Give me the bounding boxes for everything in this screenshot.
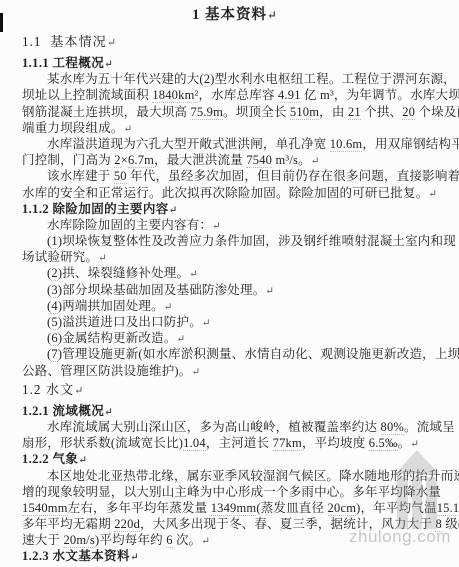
paragraph: (4)两端拱加固处理。↵ bbox=[22, 298, 448, 314]
text-line: 1.1.2 除险加固的主要内容↵ bbox=[22, 201, 448, 217]
text-line: 端重力坝段组成。↵ bbox=[22, 120, 448, 136]
paragraph: 水库溢洪道现为六孔大型开敞式泄洪闸，单孔净宽 10.6m，用双扉钢结构平门控制，… bbox=[22, 136, 448, 168]
section-heading: 1.1 基本情况↵ bbox=[22, 33, 448, 51]
section-heading: 1.2.3 水文基本资料↵ bbox=[22, 548, 448, 560]
paragraph-mark: ↵ bbox=[191, 367, 200, 378]
text-line: 1.1.1 工程概况↵ bbox=[22, 55, 448, 71]
document-title: 1 基本资料↵ bbox=[22, 6, 448, 24]
text-line: (3)部分坝垛基础加固及基础防渗处理。↵ bbox=[22, 282, 448, 298]
section-heading: 1.1.2 除险加固的主要内容↵ bbox=[22, 201, 448, 217]
section-heading: 1.2.1 流域概况↵ bbox=[22, 403, 448, 419]
text-line: 水库的安全和正常运行。此次拟再次除险加固。除险加固的可研已批复。↵ bbox=[22, 185, 448, 201]
text-line: 1.2 水文↵ bbox=[22, 381, 448, 399]
text-line: (5)溢洪道进口及出口防护。↵ bbox=[22, 314, 448, 330]
paragraph: 水库除险加固的主要内容有：↵ bbox=[22, 217, 448, 233]
document-body: 1 基本资料↵1.1 基本情况↵1.1.1 工程概况↵某水库为五十年代兴建的大(… bbox=[22, 6, 448, 560]
paragraph: (5)溢洪道进口及出口防护。↵ bbox=[22, 314, 448, 330]
paragraph: 该水库建于 50 年代，虽经多次加固，但目前仍存在很多问题，直接影响着水库的安全… bbox=[22, 168, 448, 200]
document-page: 1 基本资料↵1.1 基本情况↵1.1.1 工程概况↵某水库为五十年代兴建的大(… bbox=[0, 0, 459, 560]
text-line: (1)坝垛恢复整体性及改善应力条件加固，涉及钢纤维喷射混凝土室内和现 bbox=[22, 233, 448, 249]
paragraph: (7)管理设施更新(如水库淤积测量、水情自动化、观测设施更新改造，上坝公路、管理… bbox=[22, 346, 448, 378]
paragraph-mark: ↵ bbox=[267, 8, 278, 22]
text-line: (4)两端拱加固处理。↵ bbox=[22, 298, 448, 314]
paragraph-mark: ↵ bbox=[265, 286, 274, 297]
text-line: 1.2.1 流域概况↵ bbox=[22, 403, 448, 419]
text-line: (6)金属结构更新改造。↵ bbox=[22, 330, 448, 346]
text-line: 水库流域属大别山深山区，多为高山峻岭，植被覆盖率约达 80%。流域呈 bbox=[22, 419, 448, 435]
text-line: 水库除险加固的主要内容有：↵ bbox=[22, 217, 448, 233]
paragraph-mark: ↵ bbox=[201, 536, 210, 547]
text-line: 某水库为五十年代兴建的大(2)型水利水电枢纽工程。工程位于淠河东源， bbox=[22, 71, 448, 87]
paragraph: 水库流域属大别山深山区，多为高山峻岭，植被覆盖率约达 80%。流域呈扇形，形状系… bbox=[22, 419, 448, 451]
paragraph-mark: ↵ bbox=[104, 59, 113, 70]
paragraph: 某水库为五十年代兴建的大(2)型水利水电枢纽工程。工程位于淠河东源，坝址以上控制… bbox=[22, 71, 448, 136]
paragraph-mark: ↵ bbox=[164, 302, 173, 313]
paragraph-mark: ↵ bbox=[410, 439, 419, 450]
paragraph-mark: ↵ bbox=[124, 124, 133, 135]
paragraph: (6)金属结构更新改造。↵ bbox=[22, 330, 448, 346]
text-line: 公路、管理区防洪设施维护)。↵ bbox=[22, 363, 448, 379]
paragraph: (3)部分坝垛基础加固及基础防渗处理。↵ bbox=[22, 282, 448, 298]
paragraph-mark: ↵ bbox=[78, 455, 87, 466]
text-line: 1.1 基本情况↵ bbox=[22, 33, 448, 51]
text-line: 场试验研究。↵ bbox=[22, 249, 448, 265]
text-line: 门控制，门高为 2×6.7m，最大泄洪流量 7540 m³/s。↵ bbox=[22, 152, 448, 168]
section-heading: 1.2 水文↵ bbox=[22, 381, 448, 399]
text-line: (2)拱、垛裂缝修补处理。↵ bbox=[22, 265, 448, 281]
paragraph-mark: ↵ bbox=[104, 407, 113, 418]
text-line: 1.2.2 气象↵ bbox=[22, 451, 448, 467]
paragraph: (2)拱、垛裂缝修补处理。↵ bbox=[22, 265, 448, 281]
text-line: 扇形，形状系数(流域宽长比)1.04，主河道长 77km，平均坡度 6.5‰。↵ bbox=[22, 435, 448, 451]
text-line: 坝址以上控制流域面积 1840km²，水库总库容 4.91 亿 m³，为年调节。… bbox=[22, 87, 448, 103]
section-heading: 1.1.1 工程概况↵ bbox=[22, 55, 448, 71]
paragraph-mark: ↵ bbox=[311, 156, 320, 167]
paragraph: (1)坝垛恢复整体性及改善应力条件加固，涉及钢纤维喷射混凝土室内和现场试验研究。… bbox=[22, 233, 448, 265]
text-line: (7)管理设施更新(如水库淤积测量、水情自动化、观测设施更新改造，上坝 bbox=[22, 346, 448, 362]
paragraph-mark: ↵ bbox=[169, 205, 178, 216]
section-heading: 1.2.2 气象↵ bbox=[22, 451, 448, 467]
paragraph-mark: ↵ bbox=[177, 334, 186, 345]
paragraph-mark: ↵ bbox=[130, 552, 139, 560]
paragraph-mark: ↵ bbox=[74, 385, 84, 397]
scan-artifact-mark bbox=[0, 13, 3, 32]
text-line: 水库溢洪道现为六孔大型开敞式泄洪闸，单孔净宽 10.6m，用双扉钢结构平 bbox=[22, 136, 448, 152]
paragraph: 本区地处北亚热带北缘，属东亚季风较湿润气候区。降水随地形的抬升而递增的现象较明显… bbox=[22, 468, 448, 549]
paragraph-mark: ↵ bbox=[107, 37, 117, 49]
text-line: 增的现象较明显，以大别山主峰为中心形成一个多雨中心。多年平均降水量 bbox=[22, 484, 448, 500]
paragraph-mark: ↵ bbox=[212, 221, 221, 232]
paragraph-mark: ↵ bbox=[98, 253, 107, 264]
text-line: 速大于 20m/s)平均每年约 6 次。↵ bbox=[22, 532, 448, 548]
text-line: 本区地处北亚热带北缘，属东亚季风较湿润气候区。降水随地形的抬升而递 bbox=[22, 468, 448, 484]
paragraph-mark: ↵ bbox=[202, 318, 211, 329]
text-line: 1540mm左右，多年平均年蒸发量 1349mm(蒸发皿直径 20cm)，年平均… bbox=[22, 500, 448, 516]
paragraph-mark: ↵ bbox=[428, 189, 437, 200]
text-line: 多年平均无霜期 220d，大风多出现于冬、春、夏三季，据统计，风力大于 8 级(… bbox=[22, 516, 448, 532]
text-line: 钢筋混凝土连拱坝，最大坝高 75.9m。坝顶全长 510m，由 21 个拱、20… bbox=[22, 104, 448, 120]
text-line: 该水库建于 50 年代，虽经多次加固，但目前仍存在很多问题，直接影响着 bbox=[22, 168, 448, 184]
paragraph-mark: ↵ bbox=[189, 269, 198, 280]
text-line: 1.2.3 水文基本资料↵ bbox=[22, 548, 448, 560]
text-line: 1 基本资料↵ bbox=[22, 6, 448, 24]
